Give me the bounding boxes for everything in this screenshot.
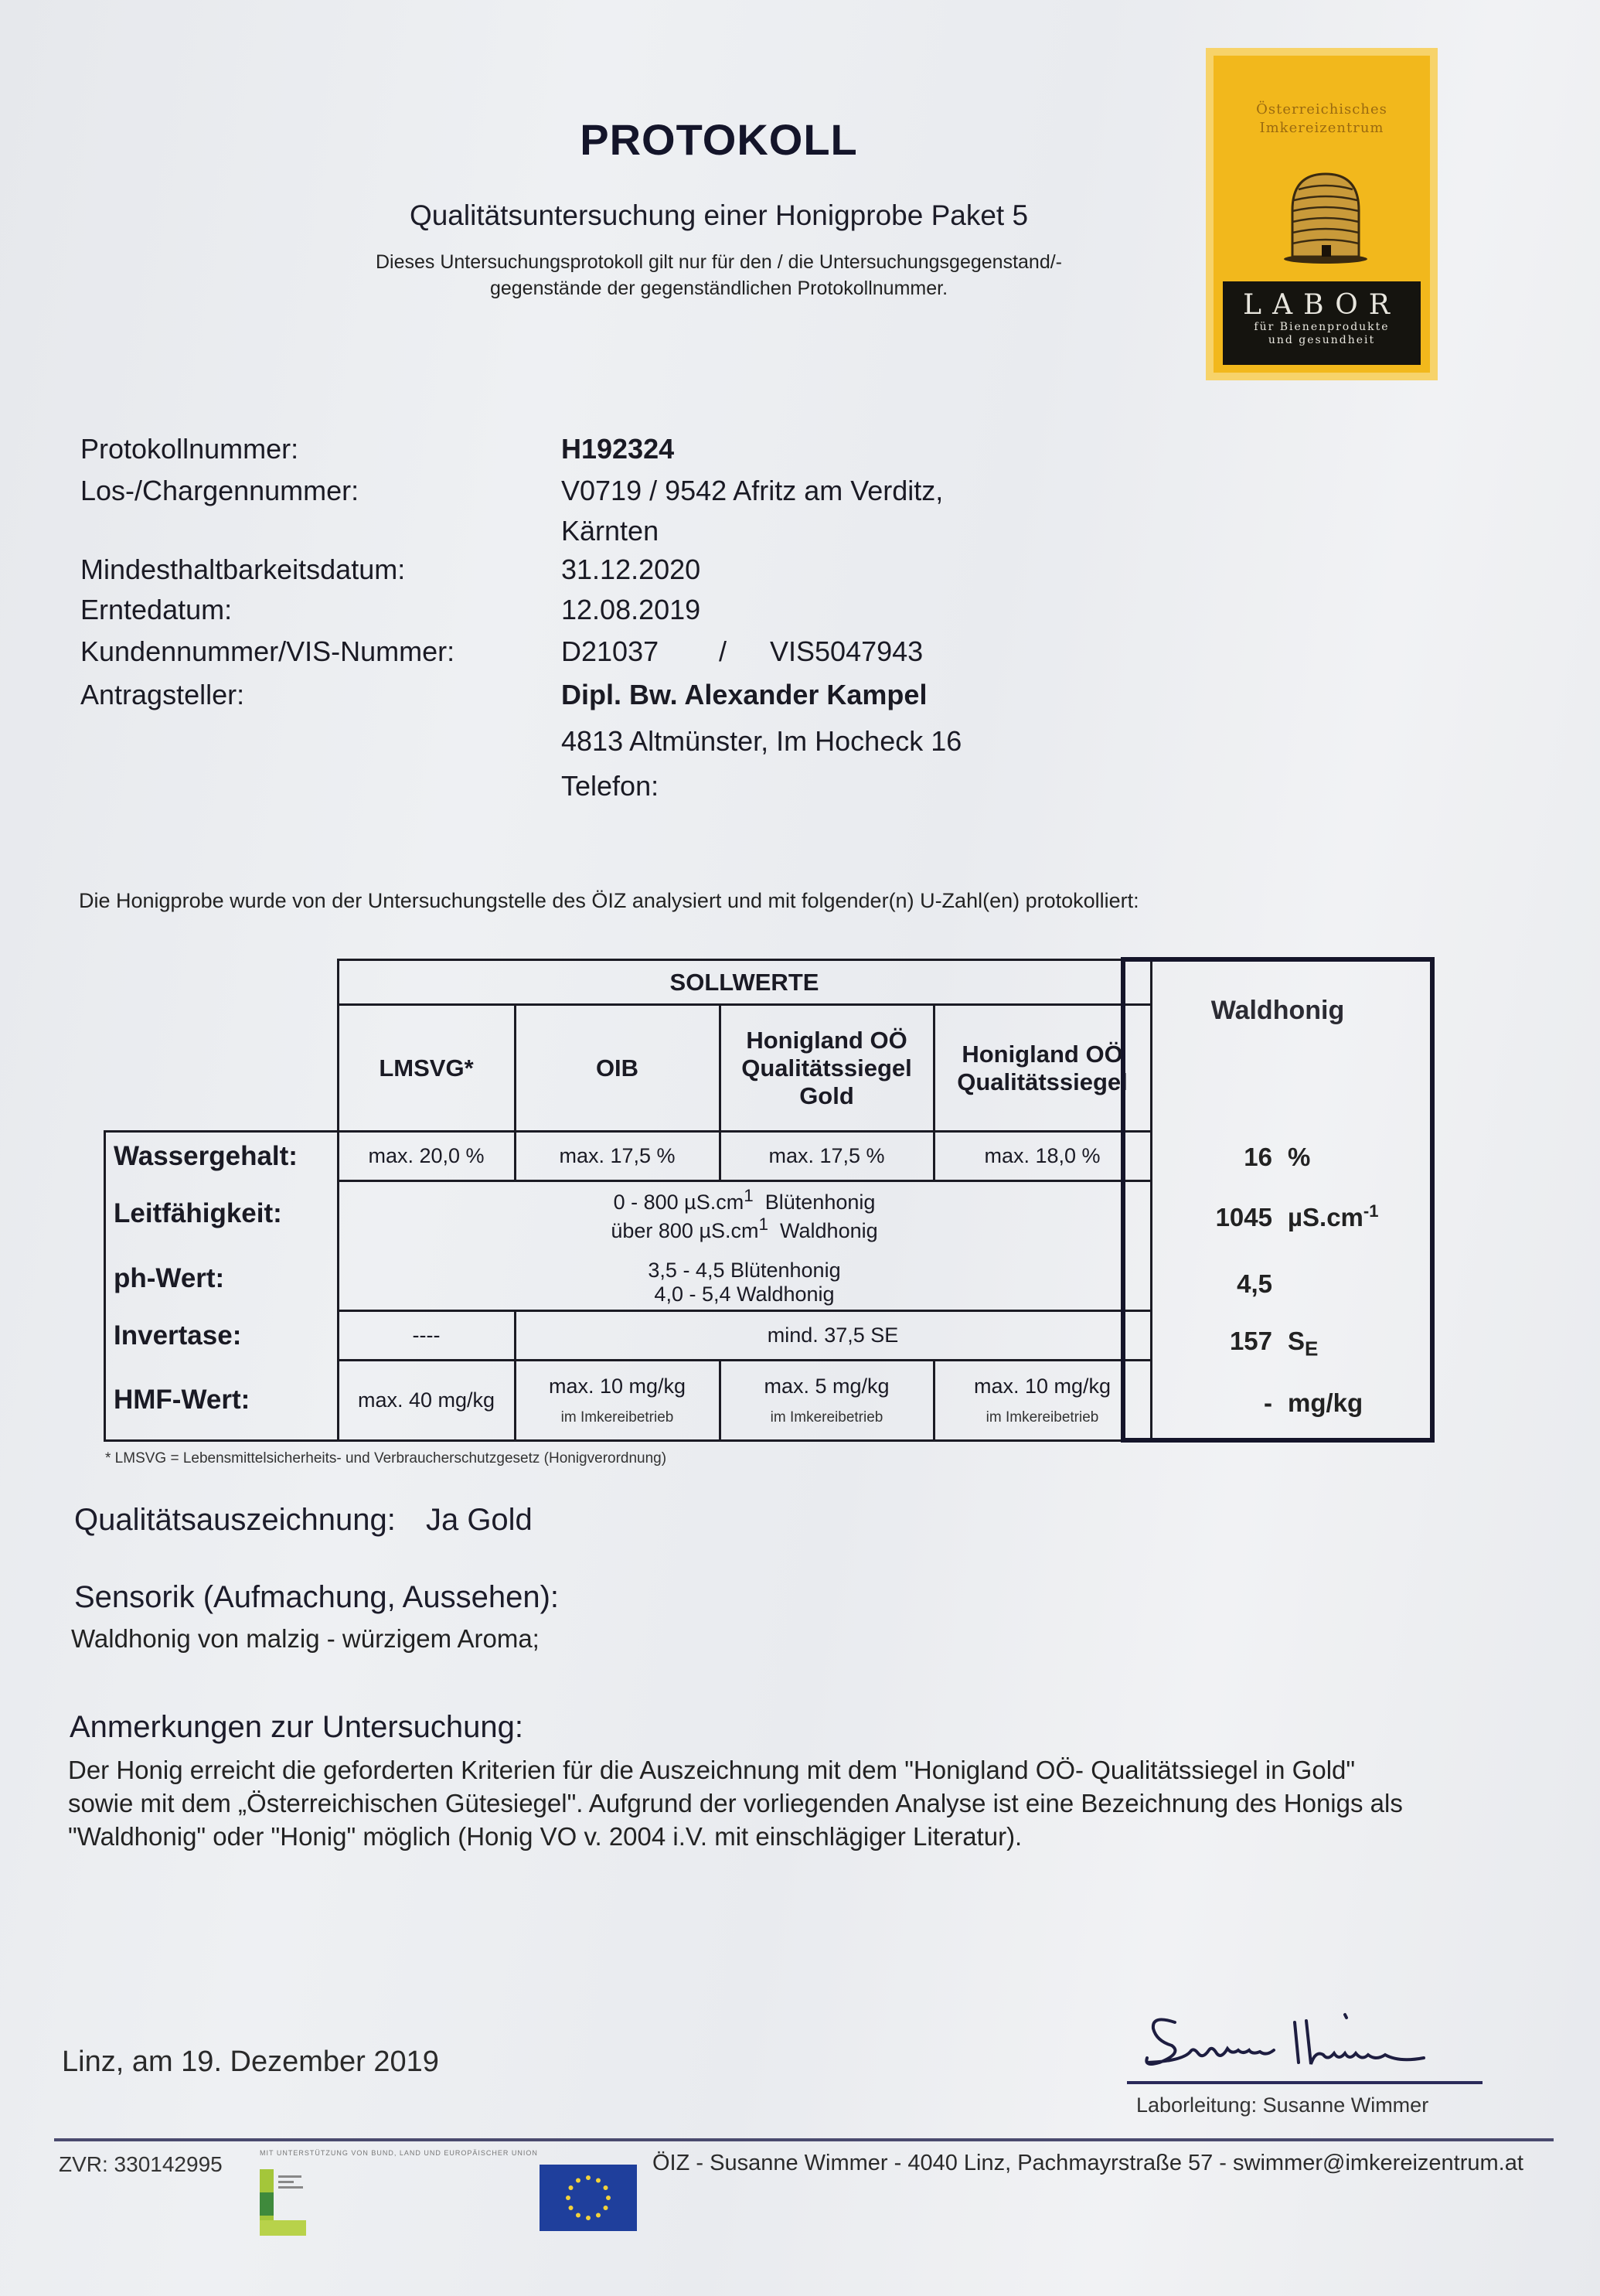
signature-line	[1127, 2081, 1483, 2084]
row-label-leit: Leitfähigkeit:	[105, 1181, 339, 1246]
anmerkungen-text: Der Honig erreicht die geforderten Krite…	[68, 1753, 1544, 1853]
ph-line2: 4,0 - 5,4 Waldhonig	[339, 1283, 1150, 1306]
logo-labor-text: LABOR	[1223, 289, 1421, 321]
column-header-oib: OIB	[515, 1005, 720, 1132]
result-invertase: 157SE	[1125, 1327, 1318, 1361]
empty-corner	[105, 1005, 339, 1132]
result-header: Waldhonig	[1125, 996, 1430, 1026]
mhd-value: 31.12.2020	[561, 554, 700, 586]
antragsteller-telefon: Telefon:	[561, 770, 659, 802]
cell-hmf-siegel: max. 10 mg/kgim Imkereibetrieb	[934, 1361, 1151, 1441]
le-funding-logo-icon	[260, 2169, 306, 2236]
vis-value: VIS5047943	[770, 635, 923, 668]
anmerkungen-line1: Der Honig erreicht die geforderten Krite…	[68, 1753, 1544, 1787]
auszeichnung: Qualitätsauszeichnung: Ja Gold	[74, 1503, 533, 1538]
logo-line2: Imkereizentrum	[1214, 119, 1430, 138]
column-header-lmsvg: LMSVG*	[338, 1005, 515, 1132]
info-label: Mindesthaltbarkeitsdatum:	[80, 554, 405, 586]
anmerkungen-line3: "Waldhonig" oder "Honig" möglich (Honig …	[68, 1820, 1544, 1853]
result-column: Waldhonig 16% 1045µS.cm-1 4,5 157SE -mg/…	[1121, 957, 1435, 1443]
result-hmf: -mg/kg	[1125, 1388, 1363, 1418]
charge-value-line2: Kärnten	[561, 515, 659, 547]
column-header-siegel: Honigland OÖ Qualitätssiegel	[934, 1005, 1151, 1132]
sensorik-heading: Sensorik (Aufmachung, Aussehen):	[74, 1580, 559, 1615]
info-label: Los-/Chargennummer:	[80, 475, 359, 507]
eu-flag-icon	[540, 2165, 637, 2231]
place-date: Linz, am 19. Dezember 2019	[62, 2046, 439, 2079]
cell-hmf-oib: max. 10 mg/kgim Imkereibetrieb	[515, 1361, 720, 1441]
ernte-value: 12.08.2019	[561, 594, 700, 626]
empty-corner	[105, 960, 339, 1005]
cell-hmf-lmsvg: max. 40 mg/kg	[338, 1361, 515, 1441]
logo-sub1: für Bienenprodukte	[1223, 321, 1421, 334]
cell-leit-ph: 0 - 800 µS.cm1 Blütenhonig über 800 µS.c…	[338, 1181, 1151, 1311]
logo-labor-bar: LABOR für Bienenprodukte und gesundheit	[1223, 281, 1421, 365]
leit-line2: über 800 µS.cm1 Waldhonig	[339, 1214, 1150, 1243]
labor-logo: Österreichisches Imkereizentrum LABOR fü…	[1206, 48, 1438, 380]
charge-value-line1: V0719 / 9542 Afritz am Verditz,	[561, 475, 943, 507]
kunde-separator: /	[719, 635, 727, 668]
info-label: Antragsteller:	[80, 679, 244, 711]
antragsteller-name: Dipl. Bw. Alexander Kampel	[561, 679, 927, 711]
row-label-wasser: Wassergehalt:	[105, 1132, 339, 1181]
analysis-intro: Die Honigprobe wurde von der Untersuchun…	[79, 889, 1139, 913]
row-label-hmf: HMF-Wert:	[105, 1361, 339, 1441]
cell-wasser-gold: max. 17,5 %	[720, 1132, 934, 1181]
auszeichnung-label: Qualitätsauszeichnung:	[74, 1503, 396, 1537]
column-header-gold: Honigland OÖ Qualitätssiegel Gold	[720, 1005, 934, 1132]
protokollnummer-value: H192324	[561, 433, 674, 465]
result-wasser: 16%	[1125, 1143, 1310, 1172]
sollwerte-table: SOLLWERTE LMSVG* OIB Honigland OÖ Qualit…	[104, 959, 1152, 1442]
footer-address: ÖIZ - Susanne Wimmer - 4040 Linz, Pachma…	[652, 2151, 1523, 2176]
logo-line1: Österreichisches	[1214, 100, 1430, 119]
beehive-icon	[1283, 168, 1368, 264]
cell-wasser-siegel: max. 18,0 %	[934, 1132, 1151, 1181]
ph-line1: 3,5 - 4,5 Blütenhonig	[339, 1259, 1150, 1283]
sollwerte-header: SOLLWERTE	[338, 960, 1151, 1005]
cell-invertase-other: mind. 37,5 SE	[515, 1311, 1151, 1361]
result-leit: 1045µS.cm-1	[1125, 1201, 1378, 1232]
signatory-name: Laborleitung: Susanne Wimmer	[1136, 2093, 1428, 2117]
logo-sub2: und gesundheit	[1223, 334, 1421, 347]
info-label: Protokollnummer:	[80, 433, 298, 465]
antragsteller-address: 4813 Altmünster, Im Hocheck 16	[561, 725, 962, 758]
auszeichnung-value: Ja Gold	[426, 1503, 533, 1537]
sensorik-text: Waldhonig von malzig - würzigem Aroma;	[71, 1622, 1547, 1655]
funding-text: MIT UNTERSTÜTZUNG VON BUND, LAND UND EUR…	[260, 2149, 538, 2157]
logo-org-name: Österreichisches Imkereizentrum	[1214, 100, 1430, 138]
anmerkungen-line2: sowie mit dem „Österreichischen Gütesieg…	[68, 1787, 1544, 1820]
row-label-ph: ph-Wert:	[105, 1246, 339, 1311]
table-footnote: * LMSVG = Lebensmittelsicherheits- und V…	[105, 1450, 666, 1467]
cell-wasser-oib: max. 17,5 %	[515, 1132, 720, 1181]
row-label-invertase: Invertase:	[105, 1311, 339, 1361]
kundennummer-value: D21037	[561, 635, 659, 668]
cell-wasser-lmsvg: max. 20,0 %	[338, 1132, 515, 1181]
result-ph: 4,5	[1125, 1269, 1272, 1299]
leit-line1: 0 - 800 µS.cm1 Blütenhonig	[339, 1186, 1150, 1214]
info-label: Kundennummer/VIS-Nummer:	[80, 635, 454, 668]
zvr-number: ZVR: 330142995	[59, 2152, 223, 2177]
cell-hmf-gold: max. 5 mg/kgim Imkereibetrieb	[720, 1361, 934, 1441]
cell-invertase-lmsvg: ----	[338, 1311, 515, 1361]
signature-image	[1136, 2007, 1476, 2076]
info-label: Erntedatum:	[80, 594, 232, 626]
footer-divider	[54, 2138, 1554, 2141]
anmerkungen-heading: Anmerkungen zur Untersuchung:	[70, 1710, 523, 1745]
